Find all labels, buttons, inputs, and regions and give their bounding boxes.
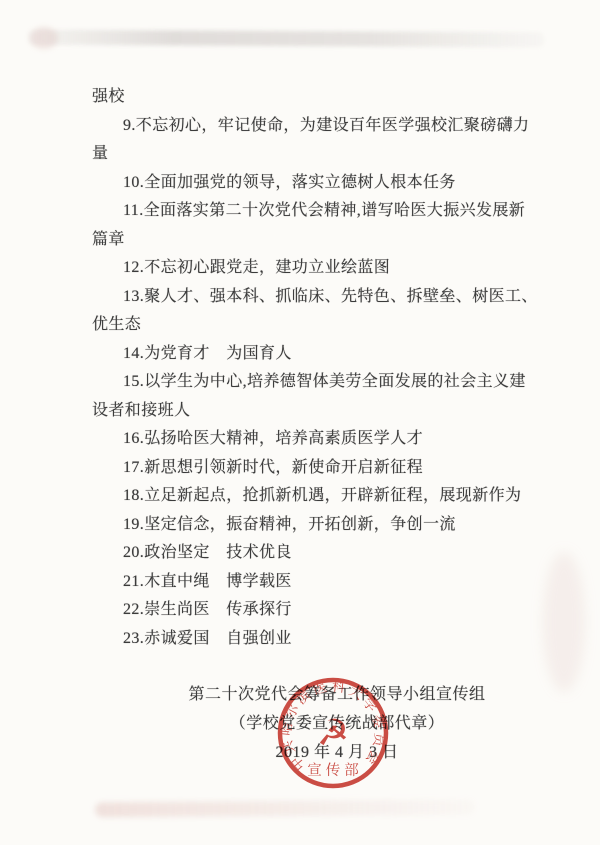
document-line: 12.不忘初心跟党走，建功立业绘蓝图 xyxy=(92,254,562,283)
document-line: 21.木直中绳 博学载医 xyxy=(92,568,562,597)
scan-artifact-top-left-smudge xyxy=(30,27,58,49)
document-line: 19.坚定信念，振奋精神，开拓创新，争创一流 xyxy=(92,511,562,540)
document-line: 强校 xyxy=(92,83,562,112)
seal-department-text: 宣传部 xyxy=(307,762,363,779)
official-seal: 中共哈尔滨医科大学委员会 ☭ 宣传部 xyxy=(271,671,395,795)
document-line: 20.政治坚定 技术优良 xyxy=(92,539,562,568)
document-line: 优生态 xyxy=(92,311,562,340)
document-line: 10.全面加强党的领导，落实立德树人根本任务 xyxy=(92,169,562,198)
hammer-and-sickle-icon: ☭ xyxy=(317,713,349,754)
document-line: 15.以学生为中心,培养德智体美劳全面发展的社会主义建 xyxy=(92,368,562,397)
document-line: 量 xyxy=(92,140,562,169)
document-line: 22.崇生尚医 传承探行 xyxy=(92,596,562,625)
document-line: 9.不忘初心，牢记使命，为建设百年医学强校汇聚磅礴力 xyxy=(92,112,562,141)
document-line: 11.全面落实第二十次党代会精神,谱写哈医大振兴发展新 xyxy=(92,197,562,226)
scan-artifact-bottom-streak xyxy=(95,800,475,818)
document-line: 17.新思想引领新时代，新使命开启新征程 xyxy=(92,454,562,483)
document-line: 18.立足新起点，抢抓新机遇，开辟新征程，展现新作为 xyxy=(92,482,562,511)
document-line: 14.为党育才 为国育人 xyxy=(92,340,562,369)
document-line: 13.聚人才、强本科、抓临床、先特色、拆壁垒、树医工、 xyxy=(92,283,562,312)
document-line: 16.弘扬哈医大精神，培养高素质医学人才 xyxy=(92,425,562,454)
document-line: 篇章 xyxy=(92,226,562,255)
document-line: 设者和接班人 xyxy=(92,397,562,426)
scan-artifact-top-band xyxy=(28,30,544,48)
document-line: 23.赤诚爱国 自强创业 xyxy=(92,625,562,654)
scanned-document-page: 强校9.不忘初心，牢记使命，为建设百年医学强校汇聚磅礴力量10.全面加强党的领导… xyxy=(0,0,600,845)
document-lines: 强校9.不忘初心，牢记使命，为建设百年医学强校汇聚磅礴力量10.全面加强党的领导… xyxy=(92,83,562,653)
